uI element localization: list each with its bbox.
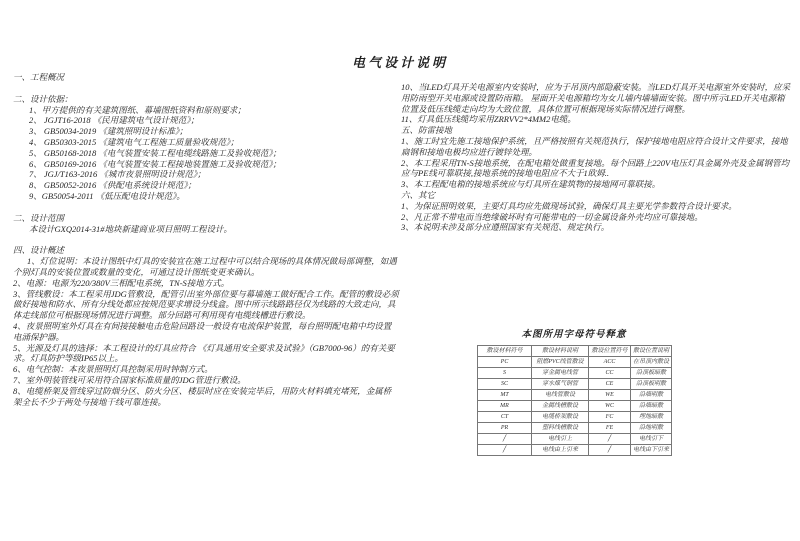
grounding-item: 1、施工时宜先施工接地保护系统，且严格按照有关规范执行，保护接地电阻应符合设计文…: [401, 136, 791, 158]
summary-item: 2、电源：电源为220/380V三相配电系统，TN-S接地方式。: [13, 278, 399, 289]
grounding-item: 3、本工程配电箱的接地系统应与灯具所在建筑物的接地网可靠联接。: [401, 179, 791, 190]
legend-cell: S: [478, 368, 532, 379]
summary-item: 5、光源及灯具的选择：本工程设计的灯具应符合 《灯具通用安全要求及试验》（GB7…: [13, 343, 399, 365]
legend-cell: WE: [589, 390, 631, 401]
legend-header-cell: 敷设材料说明: [532, 346, 589, 357]
design-basis-item: 2、 JGJT16-2018 《民用建筑电气设计规范》；: [13, 115, 399, 126]
legend-cell: 电线由上引来: [532, 445, 589, 456]
design-scope-text: 本设计GXQ2014-31#地块新建商业项目照明工程设计。: [13, 224, 399, 235]
design-basis-item: 5、 GB50168-2018 《电气装置安装工程电缆线路施工及验收规范》；: [13, 148, 399, 159]
legend-row: S 穿金属电线管 CC 沿顶板暗敷: [478, 368, 672, 379]
summary-item: 6、电气控制：本夜景照明灯具控制采用时钟制方式。: [13, 364, 399, 375]
symbol-legend-table: 敷设材料符号 敷设材料说明 敷设位置符号 敷设位置说明 PC 阻燃PVC线管敷设…: [477, 345, 672, 456]
legend-header-cell: 敷设位置符号: [589, 346, 631, 357]
legend-row: PC 阻燃PVC线管敷设 ACC 在吊顶内敷设: [478, 357, 672, 368]
legend-row: MR 金属线槽敷设 WC 沿墙暗敷: [478, 401, 672, 412]
legend-cell: 电线引上: [532, 434, 589, 445]
section-heading-lightning-grounding: 五、防雷接地: [401, 125, 791, 136]
symbol-legend-title: 本图所用字母符号释意: [477, 326, 671, 340]
legend-cell: 塑料线槽敷设: [532, 423, 589, 434]
design-basis-item: 9、GB50054-2011 《低压配电设计规范》。: [13, 191, 399, 202]
legend-cell: 沿墙暗敷: [631, 401, 672, 412]
document-title: 电气设计说明: [0, 52, 800, 71]
summary-item: 8、电缆桥架及管线穿过防烟分区、防火分区、楼层时应在安装完毕后，用防火材料填充堵…: [13, 386, 399, 408]
legend-cell: 电线由下引来: [631, 445, 672, 456]
legend-cell: ACC: [589, 357, 631, 368]
legend-row: ╱ 电线引上 ╱ 电线引下: [478, 434, 672, 445]
legend-cell: 电线管敷设: [532, 390, 589, 401]
section-heading-scope: 二、设计范围: [13, 213, 399, 224]
legend-cell: CT: [478, 412, 532, 423]
summary-item: 1、灯位说明：本设计图纸中灯具的安装宜在施工过程中可以结合现场的具体情况做局部调…: [13, 256, 399, 278]
wire-up-symbol: ╱: [478, 434, 532, 445]
legend-cell: WC: [589, 401, 631, 412]
legend-cell: 电缆桥架敷设: [532, 412, 589, 423]
others-item: 2、凡正常不带电而当绝缘破坏时有可能带电的一切金属设备外壳均应可靠接地。: [401, 212, 791, 223]
legend-row: MT 电线管敷设 WE 沿墙明敷: [478, 390, 672, 401]
section-heading-others: 六、其它: [401, 190, 791, 201]
section-heading-overview: 一、工程概况: [13, 72, 399, 83]
design-basis-item: 1、甲方提供的有关建筑图纸、幕墙图纸资料和原则要求；: [13, 105, 399, 116]
summary-item: 10、当LED灯具开关电源室内安装时，应为于吊顶内部隐蔽安装。当LED灯具开关电…: [401, 82, 791, 114]
wire-from-above-symbol: ╱: [478, 445, 532, 456]
summary-item: 11、灯具低压线缆均采用ZRRVV2*4MM2电缆。: [401, 114, 791, 125]
legend-cell: CE: [589, 379, 631, 390]
design-basis-item: 8、 GB50052-2016 《供配电系统设计规范》；: [13, 180, 399, 191]
summary-item: 3、管线敷设：本工程采用JDG管敷设，配管引出室外部位要与幕墙施工做好配合工作。…: [13, 289, 399, 321]
design-basis-item: 4、 GB50303-2015 《建筑电气工程施工质量验收规范》；: [13, 137, 399, 148]
legend-cell: 沿墙明敷: [631, 390, 672, 401]
legend-cell: MR: [478, 401, 532, 412]
document-page: 电气设计说明 一、工程概况 二、设计依据： 1、甲方提供的有关建筑图纸、幕墙图纸…: [0, 0, 800, 541]
legend-row: SC 穿水煤气钢管 CE 沿顶板明敷: [478, 379, 672, 390]
section-heading-summary: 四、设计概述: [13, 245, 399, 256]
legend-cell: 在吊顶内敷设: [631, 357, 672, 368]
others-item: 3、本说明未涉及部分应遵照国家有关规范、规定执行。: [401, 222, 791, 233]
legend-cell: FC: [589, 412, 631, 423]
left-column: 一、工程概况 二、设计依据： 1、甲方提供的有关建筑图纸、幕墙图纸资料和原则要求…: [13, 72, 399, 407]
legend-cell: 穿水煤气钢管: [532, 379, 589, 390]
legend-header-cell: 敷设材料符号: [478, 346, 532, 357]
symbol-legend: 本图所用字母符号释意 敷设材料符号 敷设材料说明 敷设位置符号 敷设位置说明 P…: [477, 326, 671, 456]
summary-item: 7、室外明装管线可采用符合国家标准质量的JDG管进行敷设。: [13, 375, 399, 386]
legend-cell: 埋地暗敷: [631, 412, 672, 423]
legend-cell: 沿顶板暗敷: [631, 368, 672, 379]
legend-cell: PR: [478, 423, 532, 434]
others-item: 1、为保证照明效果，主要灯具均应先做现场试验，确保灯具主要光学参数符合设计要求。: [401, 201, 791, 212]
legend-cell: FE: [589, 423, 631, 434]
legend-cell: 金属线槽敷设: [532, 401, 589, 412]
legend-row: ╱ 电线由上引来 ╱ 电线由下引来: [478, 445, 672, 456]
legend-cell: PC: [478, 357, 532, 368]
legend-cell: 沿地明敷: [631, 423, 672, 434]
right-column: 10、当LED灯具开关电源室内安装时，应为于吊顶内部隐蔽安装。当LED灯具开关电…: [401, 82, 791, 233]
legend-cell: SC: [478, 379, 532, 390]
legend-cell: 电线引下: [631, 434, 672, 445]
legend-cell: CC: [589, 368, 631, 379]
design-basis-item: 3、 GB50034-2019 《建筑照明设计标准》；: [13, 126, 399, 137]
section-heading-basis: 二、设计依据：: [13, 94, 399, 105]
grounding-item: 2、本工程采用TN-S接地系统，在配电箱处做重复接地。每个回路上220V电压灯具…: [401, 158, 791, 180]
wire-down-symbol: ╱: [589, 434, 631, 445]
design-basis-item: 6、 GB50169-2016 《电气装置安装工程接地装置施工及验收规范》；: [13, 159, 399, 170]
legend-header-row: 敷设材料符号 敷设材料说明 敷设位置符号 敷设位置说明: [478, 346, 672, 357]
legend-cell: 穿金属电线管: [532, 368, 589, 379]
summary-item: 4、夜景照明室外灯具在有间接接触电击危险回路设一般设有电流保护装置，每台照明配电…: [13, 321, 399, 343]
legend-row: CT 电缆桥架敷设 FC 埋地暗敷: [478, 412, 672, 423]
legend-cell: 阻燃PVC线管敷设: [532, 357, 589, 368]
design-basis-item: 7、 JGJ/T163-2016 《城市夜景照明设计规范》；: [13, 169, 399, 180]
wire-from-below-symbol: ╱: [589, 445, 631, 456]
legend-header-cell: 敷设位置说明: [631, 346, 672, 357]
legend-cell: MT: [478, 390, 532, 401]
legend-cell: 沿顶板明敷: [631, 379, 672, 390]
legend-row: PR 塑料线槽敷设 FE 沿地明敷: [478, 423, 672, 434]
